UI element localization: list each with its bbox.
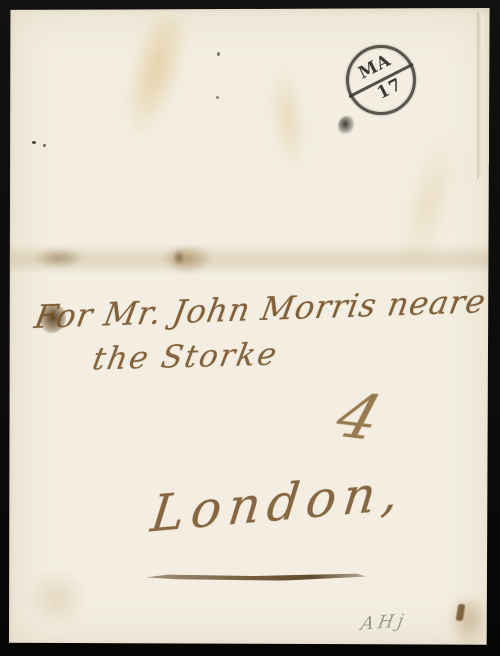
letter-paper: MA 17 For Mr. John Morris neare the Stor… [9,8,491,646]
fold-smudge [161,244,213,274]
underline-flourish [146,573,366,581]
ink-speck [32,141,36,144]
fold-smudge [173,250,185,265]
ink-speck [217,52,220,56]
address-line-1: For Mr. John Morris neare [32,282,489,336]
manuscript-rate-mark: 4 [328,379,389,455]
photo-background: MA 17 For Mr. John Morris neare the Stor… [0,0,500,656]
toning-spot [27,568,87,628]
ink-speck [216,96,219,99]
ink-speck [43,144,46,147]
paper-flap-edge [477,12,489,180]
corner-ink-mark [456,604,466,622]
bishop-postmark: MA 17 [346,45,416,115]
address-city: London, [148,462,409,543]
horizontal-fold-band [9,244,491,274]
address-line-2: the Storke [90,336,282,377]
toning-streak [390,125,469,281]
fold-smudge [33,248,85,268]
pencil-collector-initials: AHj [359,610,409,635]
toning-streak [264,61,313,175]
ink-blot [338,116,354,134]
corner-stain [448,600,486,648]
toning-streak [110,11,195,148]
